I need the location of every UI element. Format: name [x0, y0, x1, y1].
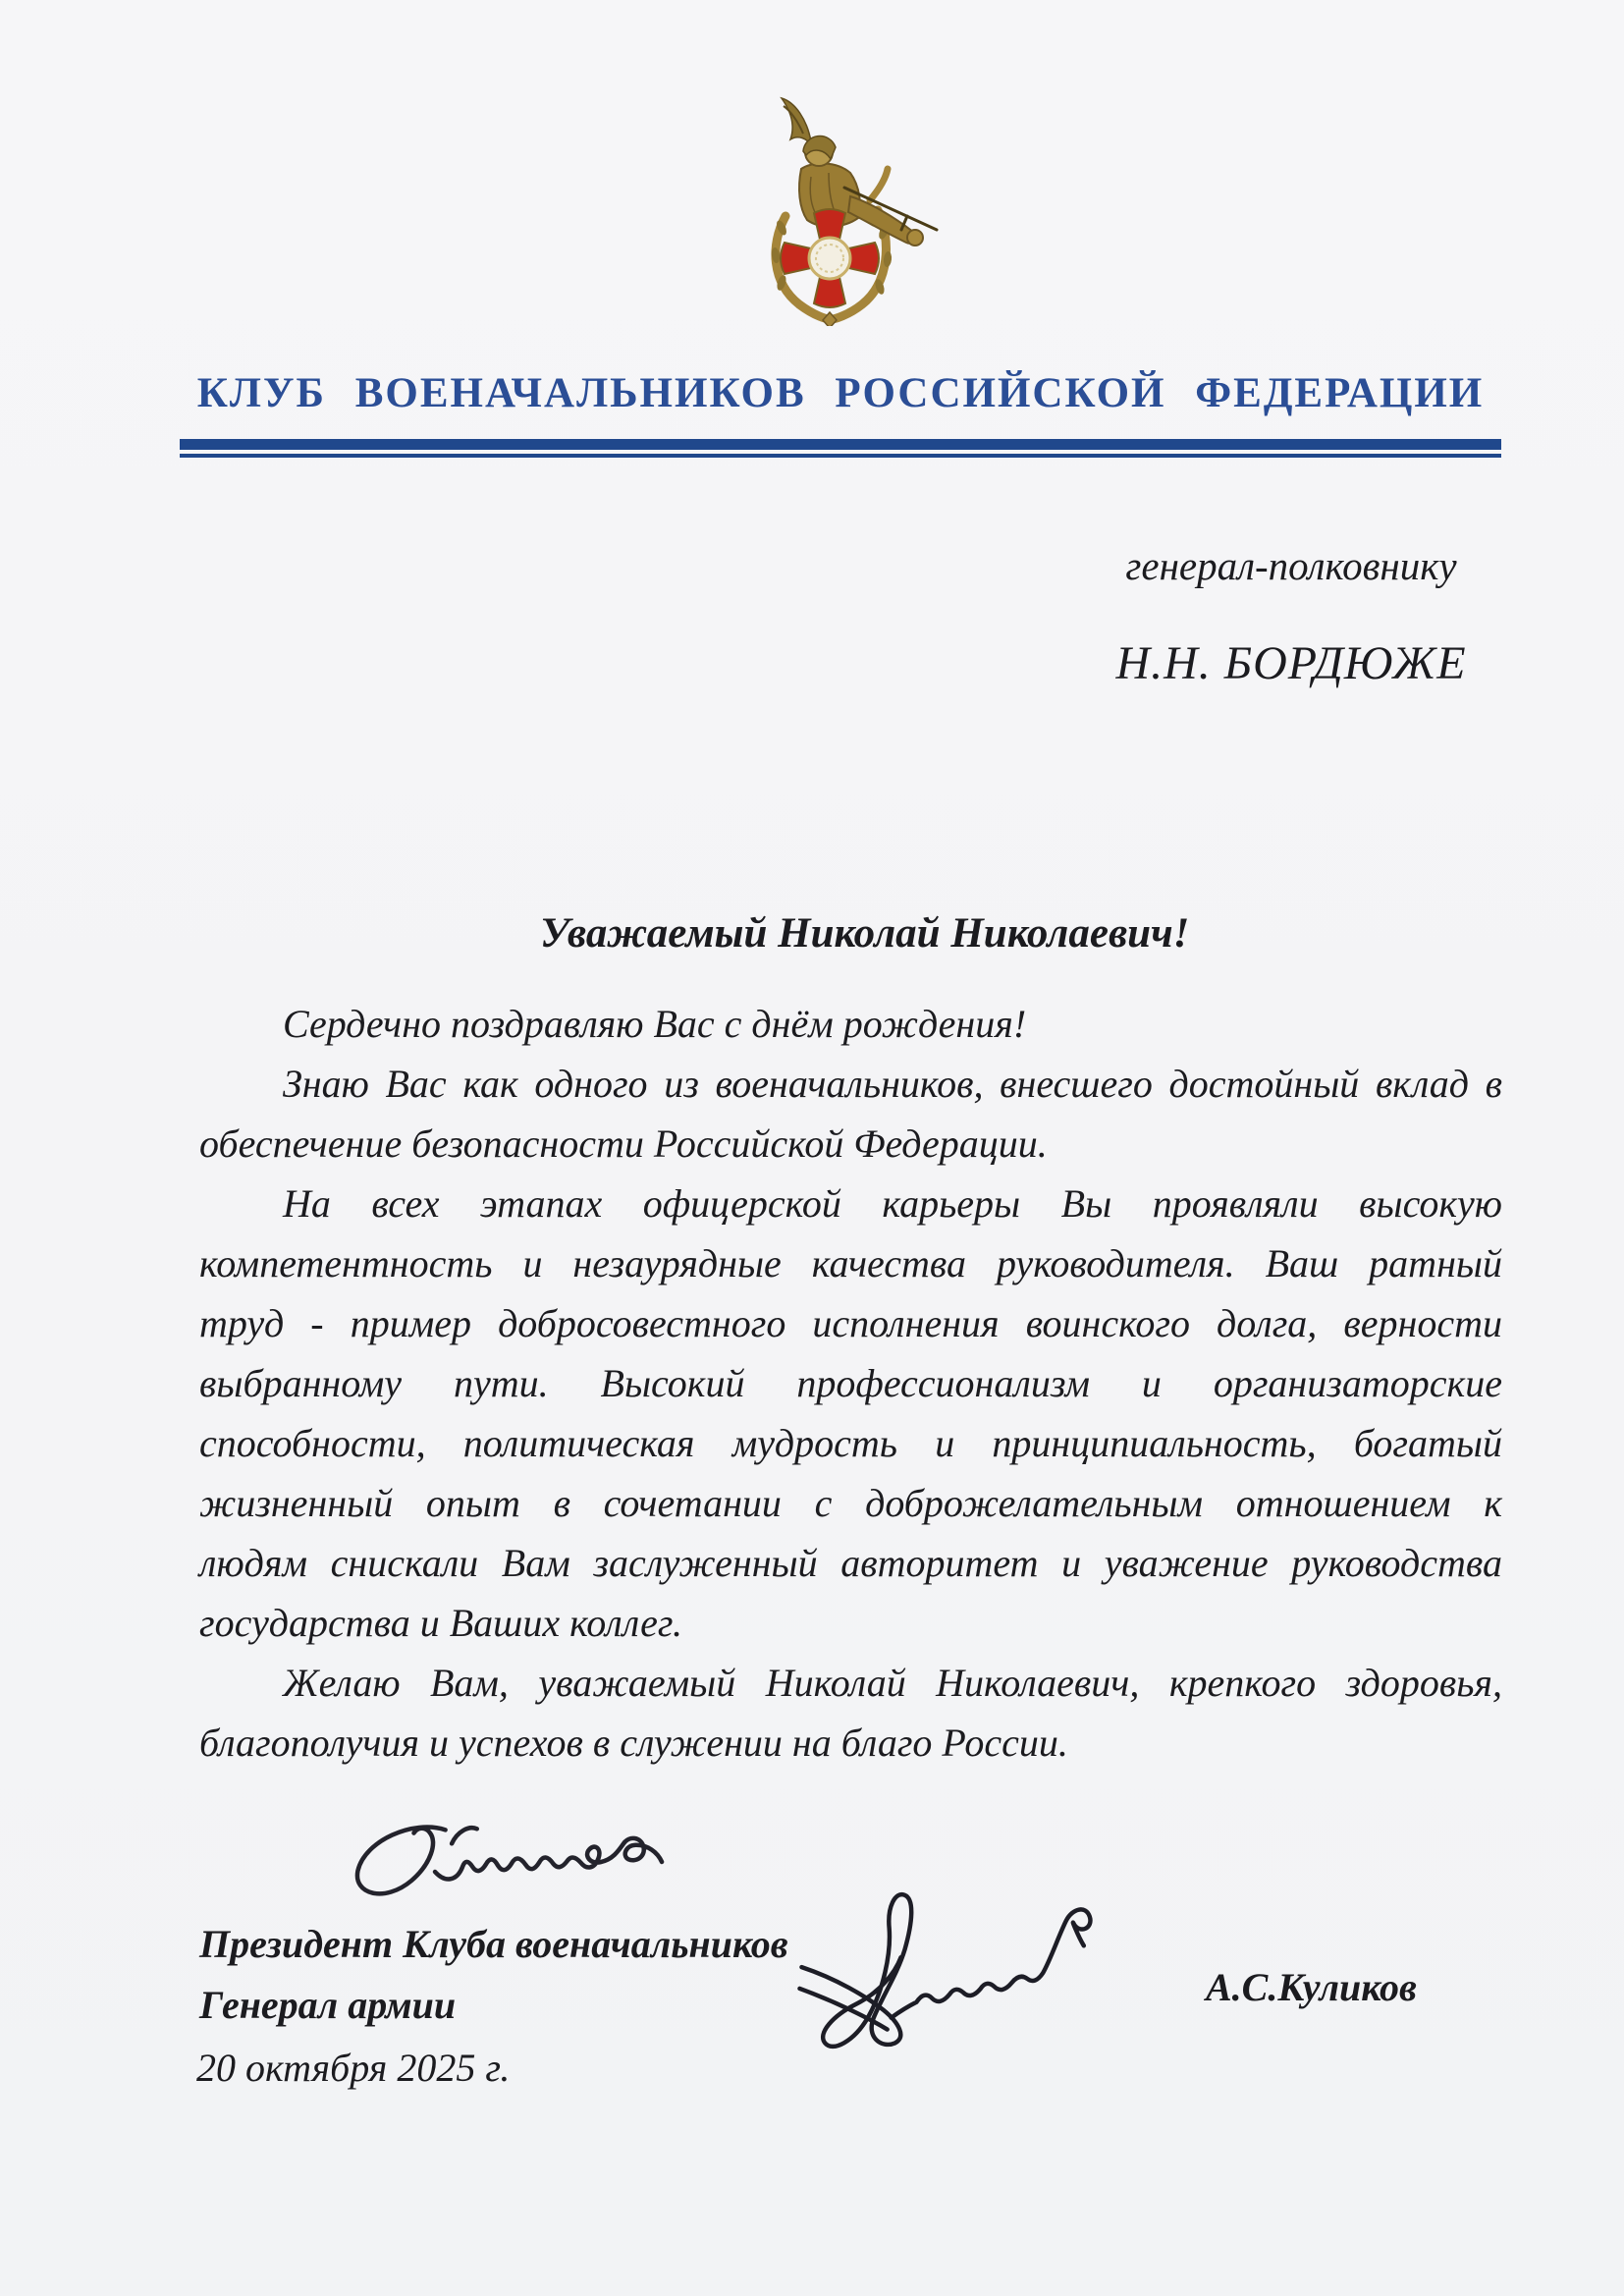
body-line: компетентность и незаурядные качества ру…: [199, 1233, 1502, 1293]
body-line: Знаю Вас как одного из военачальников, в…: [199, 1054, 1502, 1114]
header-rule: [180, 439, 1501, 458]
signer-name: А.С.Куликов: [1206, 1964, 1417, 2010]
body-line: способности, политическая мудрость и при…: [199, 1413, 1502, 1473]
signer-rank: Генерал армии: [199, 1982, 456, 2028]
addressee-name: Н.Н. БОРДЮЖЕ: [1060, 636, 1522, 690]
header-rule-thin: [180, 454, 1501, 458]
salutation: Уважаемый Николай Николаевич!: [540, 909, 1189, 957]
signer-title: Президент Клуба военачальников: [199, 1921, 788, 1967]
club-emblem-icon: [764, 90, 947, 326]
body-line: Сердечно поздравляю Вас с днём рождения!: [199, 994, 1502, 1054]
org-title: КЛУБ ВОЕНАЧАЛЬНИКОВ РОССИЙСКОЙ ФЕДЕРАЦИИ: [180, 369, 1501, 417]
body-paragraph: Знаю Вас как одного из военачальников, в…: [199, 1054, 1502, 1174]
body-line: На всех этапах офицерской карьеры Вы про…: [199, 1174, 1502, 1233]
body-line: труд - пример добросовестного исполнения…: [199, 1293, 1502, 1353]
addressee-rank: генерал-полковнику: [1060, 542, 1522, 589]
handwritten-note: [334, 1801, 702, 1914]
letter-page: КЛУБ ВОЕНАЧАЛЬНИКОВ РОССИЙСКОЙ ФЕДЕРАЦИИ…: [0, 0, 1624, 2296]
letter-body: Сердечно поздравляю Вас с днём рождения!…: [199, 994, 1502, 1773]
body-line: государства и Ваших коллег.: [199, 1593, 1502, 1653]
body-line: людям снискали Вам заслуженный авторитет…: [199, 1533, 1502, 1593]
body-line: благополучия и успехов в служении на бла…: [199, 1713, 1502, 1773]
signature-icon: [793, 1872, 1123, 2086]
body-line: Желаю Вам, уважаемый Николай Николаевич,…: [199, 1653, 1502, 1713]
body-paragraph: На всех этапах офицерской карьеры Вы про…: [199, 1174, 1502, 1653]
body-line: жизненный опыт в сочетании с доброжелате…: [199, 1473, 1502, 1533]
letter-date: 20 октября 2025 г.: [196, 2045, 510, 2091]
body-line: обеспечение безопасности Российской Феде…: [199, 1114, 1502, 1174]
body-line: выбранному пути. Высокий профессионализм…: [199, 1353, 1502, 1413]
addressee-block: генерал-полковнику Н.Н. БОРДЮЖЕ: [1060, 542, 1522, 690]
body-paragraph: Сердечно поздравляю Вас с днём рождения!: [199, 994, 1502, 1054]
header-rule-thick: [180, 439, 1501, 450]
body-paragraph: Желаю Вам, уважаемый Николай Николаевич,…: [199, 1653, 1502, 1773]
